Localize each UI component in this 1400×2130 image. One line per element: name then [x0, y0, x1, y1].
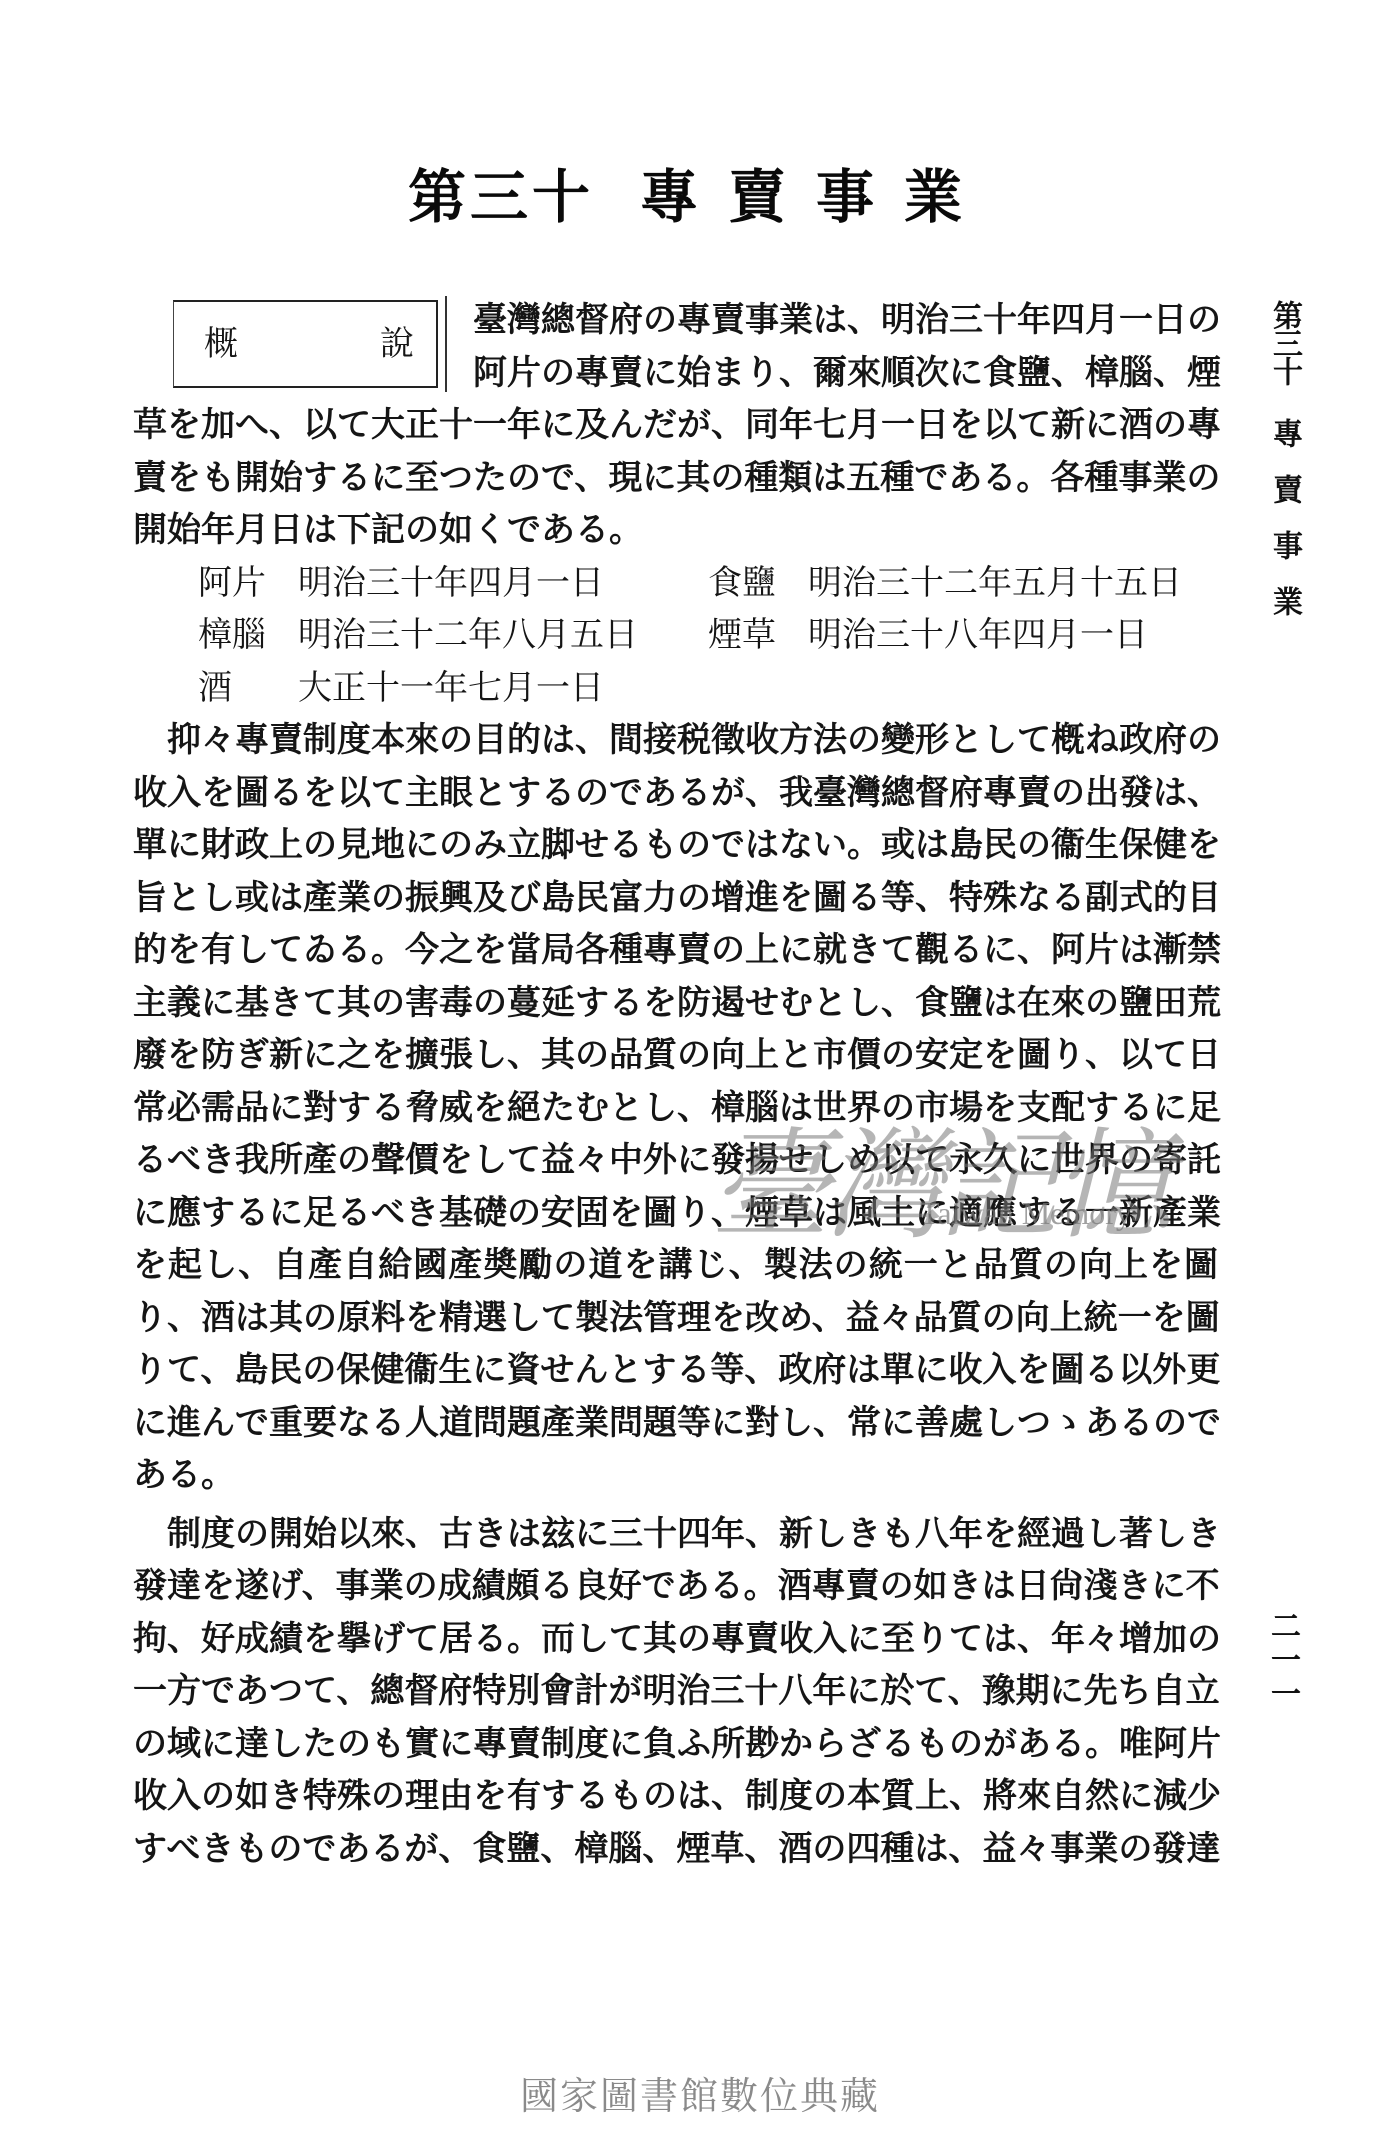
monopoly-item: 樟腦: [198, 609, 298, 662]
text-line: 一方であつて、總督府特別會計が明治三十八年に於て、豫期に先ち自立: [133, 1665, 1218, 1718]
text-line: を起し、自產自給國產奬勵の道を講じ、製法の統一と品質の向上を圖: [133, 1239, 1218, 1292]
text-line: に進んで重要なる人道問題產業問題等に對し、常に善處しつゝあるので: [133, 1397, 1218, 1450]
date-row: 樟腦 明治三十二年八月五日 煙草 明治三十八年四月一日: [198, 609, 1218, 662]
text-line: 常必需品に對する脅威を絕たむとし、樟腦は世界の市場を支配するに足: [133, 1082, 1218, 1135]
text-line: ある。: [133, 1449, 1218, 1502]
text-line: の域に達したのも實に專賣制度に負ふ所尠からざるものがある。唯阿片: [133, 1718, 1218, 1771]
monopoly-item: 酒: [198, 662, 298, 715]
paragraph-purpose: 抑々專賣制度本來の目的は、間接税徵收方法の變形として槪ね政府の 收入を圖るを以て…: [133, 714, 1218, 1502]
body-text: 概 說 臺灣總督府の專賣事業は、明治三十年四月一日の 阿片の專賣に始まり、爾來順…: [133, 294, 1218, 1875]
running-header-number: 第三十: [1262, 300, 1306, 384]
page-number: 二一一: [1264, 1610, 1304, 1712]
date-entry: 酒 大正十一年七月一日: [198, 662, 733, 715]
chapter-title: 第三十專賣事業: [0, 150, 1400, 234]
text-line: 開始年月日は下記の如くである。: [133, 504, 1218, 557]
text-line: 旨とし或は產業の振興及び島民富力の增進を圖る等、特殊なる副式的目: [133, 872, 1218, 925]
text-line: 賣をも開始するに至つたので、現に其の種類は五種である。各種事業の: [133, 452, 1218, 505]
text-line: 制度の開始以來、古きは玆に三十四年、新しきも八年を經過し著しき: [133, 1508, 1218, 1561]
monopoly-start-date: 明治三十二年五月十五日: [808, 557, 1182, 610]
section-label-box: 概 說: [173, 300, 438, 388]
text-line: 單に財政上の見地にのみ立脚せるものではない。或は島民の衞生保健を: [133, 819, 1218, 872]
date-row: 阿片 明治三十年四月一日 食鹽 明治三十二年五月十五日: [198, 557, 1218, 610]
text-line: すべきものであるが、食鹽、樟腦、煙草、酒の四種は、益々事業の發達: [133, 1823, 1218, 1876]
text-line: 臺灣總督府の專賣事業は、明治三十年四月一日の: [473, 294, 1218, 347]
text-line: 拘、好成績を擧げて居る。而して其の專賣收入に至りては、年々增加の: [133, 1613, 1218, 1666]
text-line: 主義に基きて其の害毒の蔓延するを防遏せむとし、食鹽は在來の鹽田荒: [133, 977, 1218, 1030]
text-line: 廢を防ぎ新に之を擴張し、其の品質の向上と市價の安定を圖り、以て日: [133, 1029, 1218, 1082]
chapter-name: 專賣事業: [640, 163, 992, 231]
monopoly-item: 煙草: [708, 609, 808, 662]
text-line: 草を加へ、以て大正十一年に及んだが、同年七月一日を以て新に酒の專: [133, 399, 1218, 452]
date-entry: 阿片 明治三十年四月一日: [198, 557, 708, 610]
text-line: 阿片の專賣に始まり、爾來順次に食鹽、樟腦、煙: [473, 347, 1218, 400]
running-header-name: 專賣事業: [1262, 418, 1306, 642]
text-line: に應するに足るべき基礎の安固を圖り、煙草は風土に適應する一新產業: [133, 1187, 1218, 1240]
text-line: 發達を遂げ、事業の成績頗る良好である。酒專賣の如きは日尙淺きに不: [133, 1560, 1218, 1613]
chapter-number: 第三十: [408, 163, 594, 231]
text-line: 的を有してゐる。今之を當局各種專賣の上に就きて觀るに、阿片は漸禁: [133, 924, 1218, 977]
paragraph-results: 制度の開始以來、古きは玆に三十四年、新しきも八年を經過し著しき 發達を遂げ、事業…: [133, 1508, 1218, 1876]
text-line: りて、島民の保健衞生に資せんとする等、政府は單に收入を圖る以外更: [133, 1344, 1218, 1397]
section-label-divider: [445, 296, 447, 392]
monopoly-start-date: 大正十一年七月一日: [298, 662, 604, 715]
monopoly-item: 食鹽: [708, 557, 808, 610]
text-line: 抑々專賣制度本來の目的は、間接税徵收方法の變形として槪ね政府の: [133, 714, 1218, 767]
text-line: るべき我所產の聲價をして益々中外に發揚せしめ以て永久に世界の寄託: [133, 1134, 1218, 1187]
running-header: 第三十 專賣事業: [1262, 300, 1302, 650]
monopoly-start-date: 明治三十二年八月五日: [298, 609, 638, 662]
text-line: 收入の如き特殊の理由を有するものは、制度の本質上、將來自然に減少: [133, 1770, 1218, 1823]
monopoly-start-date: 明治三十八年四月一日: [808, 609, 1148, 662]
intro-side-text: 臺灣總督府の專賣事業は、明治三十年四月一日の 阿片の專賣に始まり、爾來順次に食鹽…: [473, 294, 1218, 399]
text-line: り、酒は其の原料を精選して製法管理を改め、益々品質の向上統一を圖: [133, 1292, 1218, 1345]
intro-block: 概 說 臺灣總督府の專賣事業は、明治三十年四月一日の 阿片の專賣に始まり、爾來順…: [133, 294, 1218, 399]
start-dates-list: 阿片 明治三十年四月一日 食鹽 明治三十二年五月十五日 樟腦 明治三十二年八月五…: [133, 557, 1218, 715]
date-row: 酒 大正十一年七月一日: [198, 662, 1218, 715]
date-entry: 煙草 明治三十八年四月一日: [708, 609, 1218, 662]
section-label-left: 概: [204, 318, 238, 371]
date-entry: 食鹽 明治三十二年五月十五日: [708, 557, 1218, 610]
library-footer: 國家圖書館數位典藏: [0, 2065, 1400, 2120]
text-line: 收入を圖るを以て主眼とするのであるが、我臺灣總督府專賣の出發は、: [133, 767, 1218, 820]
section-label-right: 說: [380, 318, 414, 371]
monopoly-item: 阿片: [198, 557, 298, 610]
monopoly-start-date: 明治三十年四月一日: [298, 557, 604, 610]
date-entry: 樟腦 明治三十二年八月五日: [198, 609, 708, 662]
